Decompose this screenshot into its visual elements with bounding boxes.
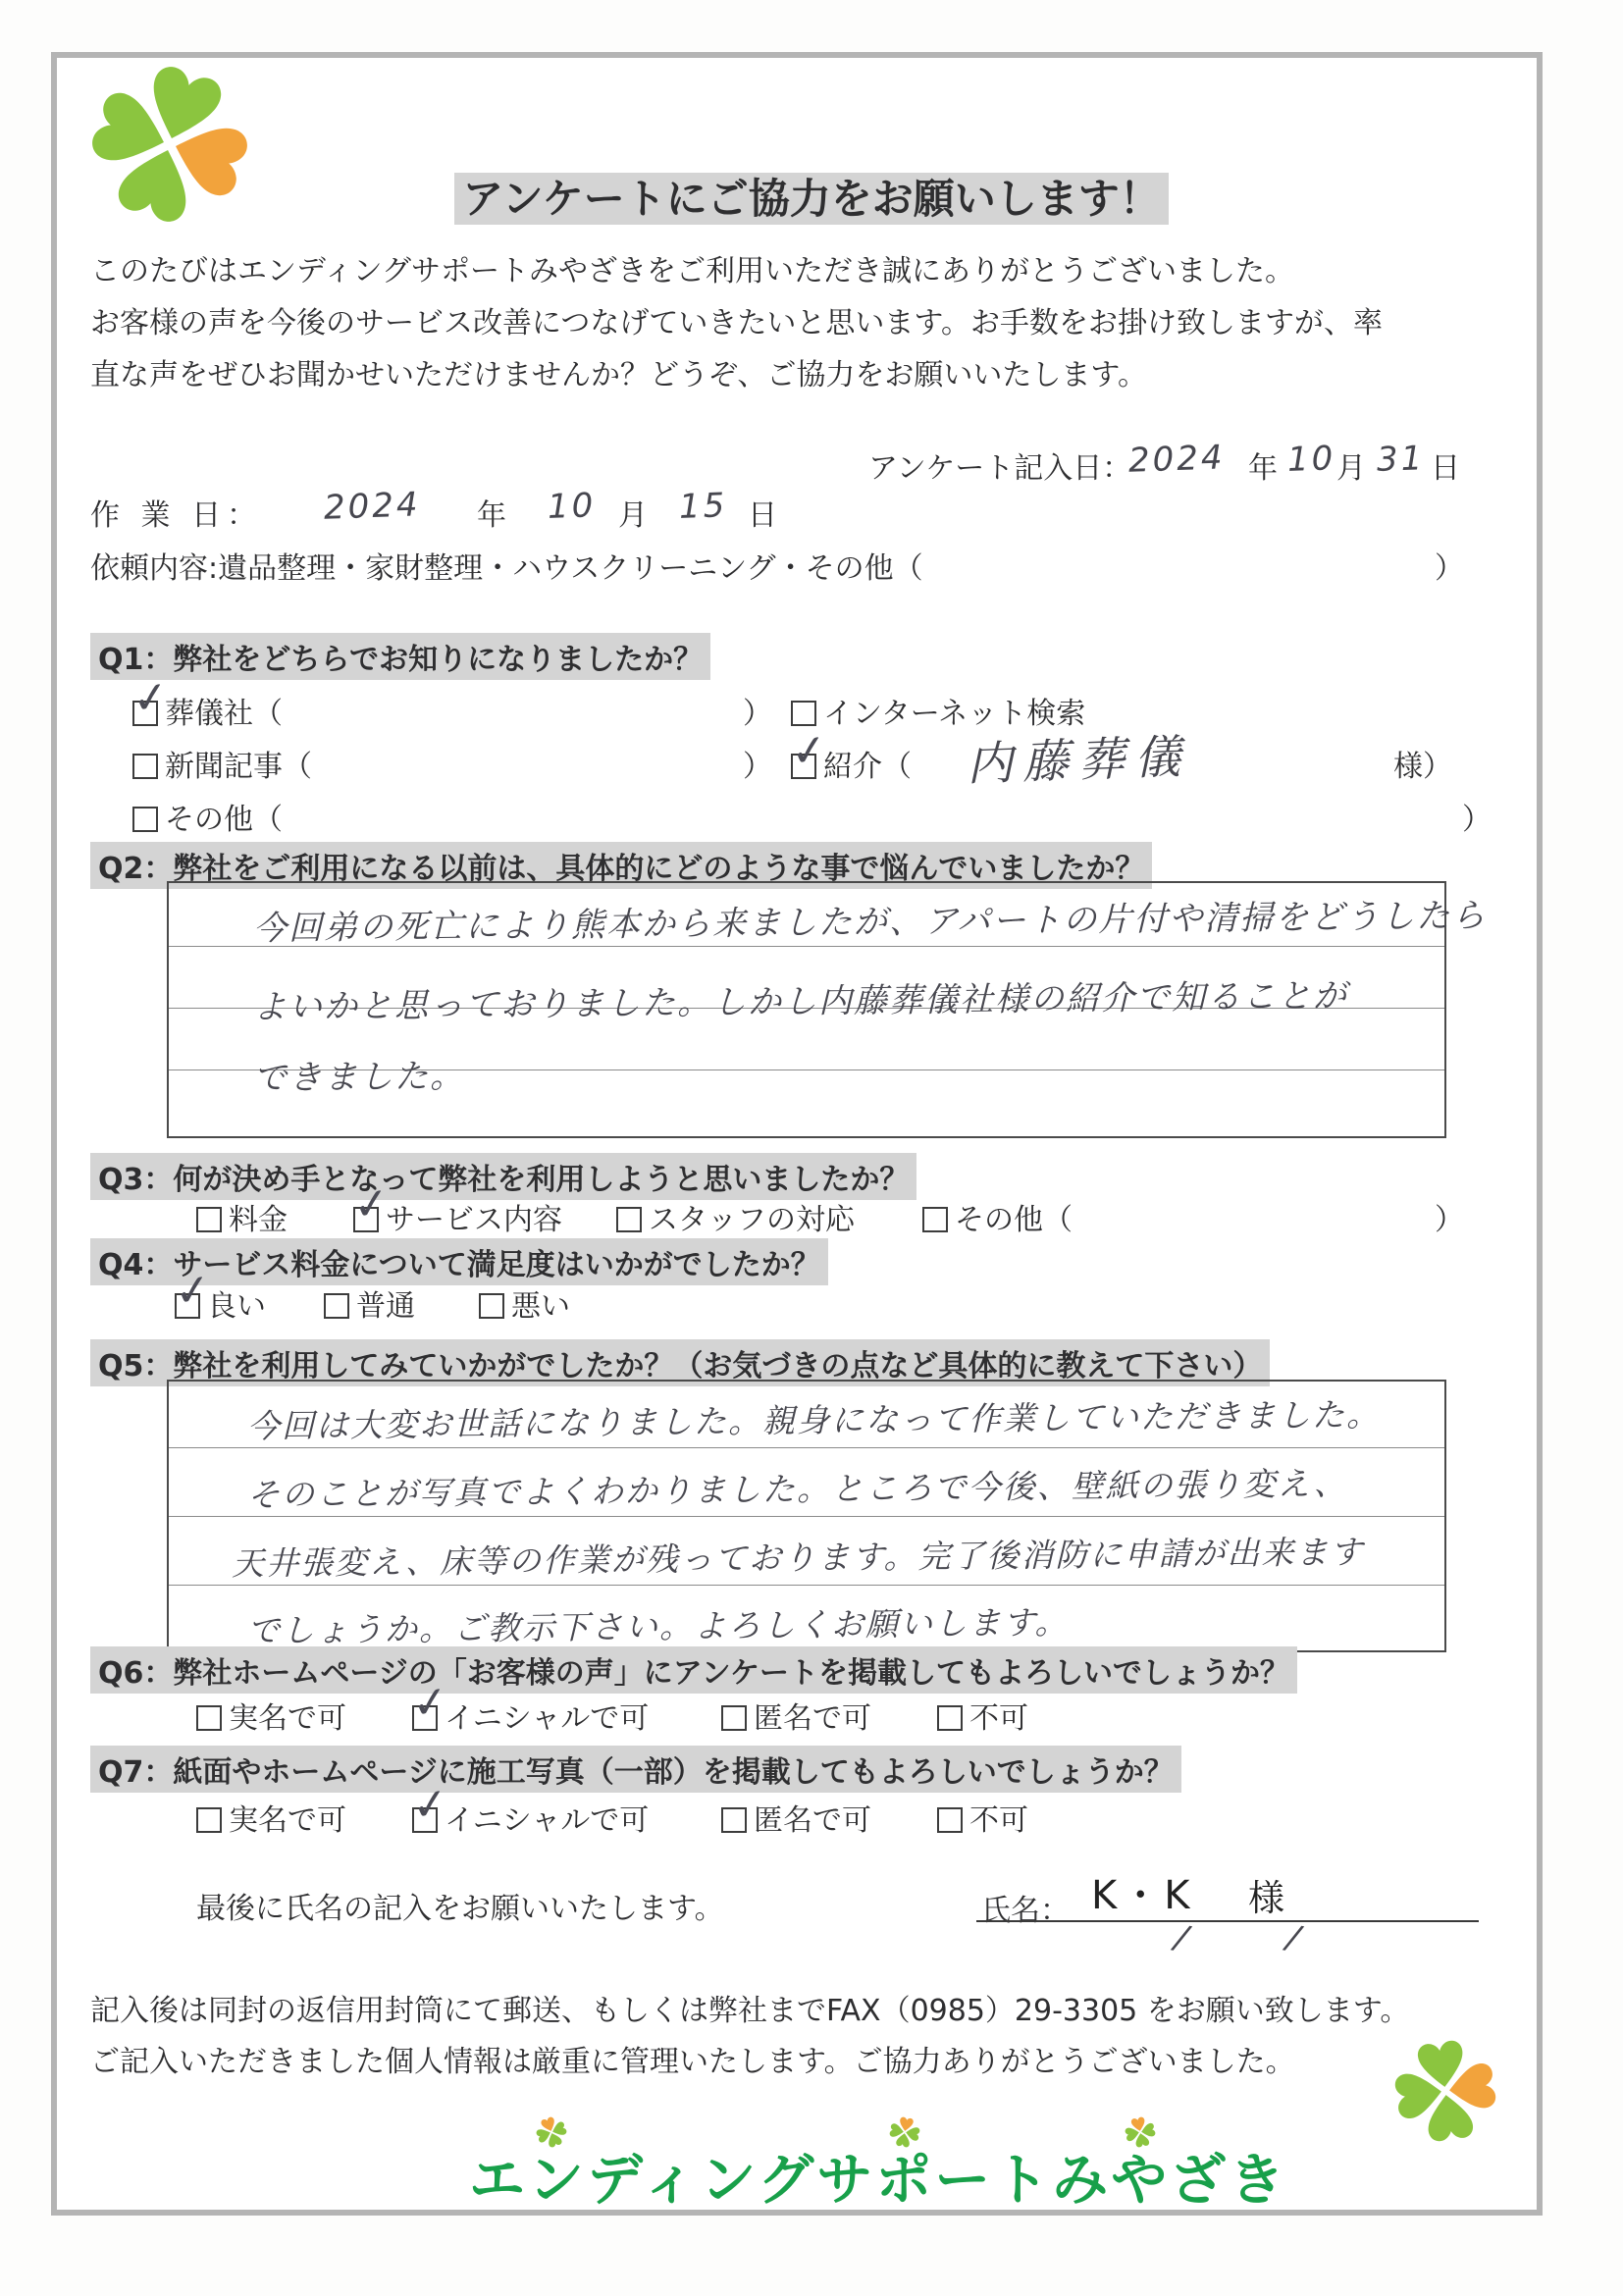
- checkbox-staff-response[interactable]: [616, 1207, 642, 1232]
- q7-option-realname: 実名で可: [196, 1796, 346, 1839]
- work-date-year-value[interactable]: 2024: [323, 485, 421, 527]
- logo-mini-clover-icon: [1121, 2113, 1160, 2152]
- q6-option-realname: 実名で可: [196, 1694, 346, 1737]
- q1-option-other: その他（: [132, 795, 283, 838]
- checkbox-q1-other[interactable]: [132, 807, 158, 832]
- check-icon: ✓: [789, 728, 829, 775]
- check-icon: ✓: [351, 1181, 392, 1228]
- q6-option-anonymous: 匿名で可: [721, 1694, 871, 1737]
- q1-option-funeral-home: ✓葬儀社（: [132, 689, 283, 732]
- q7-option-initial: ✓イニシャルで可: [412, 1796, 649, 1839]
- q6-option-notallowed: 不可: [937, 1694, 1028, 1737]
- q4-option-normal-label: 普通: [356, 1289, 415, 1324]
- intro-line-2: お客様の声を今後のサービス改善につなげていきたいと思います。お手数をお掛け致しま…: [90, 297, 1383, 349]
- name-prompt: 最後に氏名の記入をお願いいたします。: [196, 1884, 724, 1927]
- checkbox-good[interactable]: ✓: [175, 1293, 200, 1319]
- ruled-line: [169, 1516, 1444, 1517]
- q1-heading: Q1：弊社をどちらでお知りになりましたか？: [90, 633, 710, 680]
- checkbox-internet-search[interactable]: [791, 701, 816, 726]
- work-date-label: 作 業 日：: [90, 491, 262, 534]
- q1-newspaper-close-paren: ）: [743, 742, 772, 785]
- checkbox-bad[interactable]: [479, 1293, 504, 1319]
- checkbox-price[interactable]: [196, 1207, 222, 1232]
- q7-heading: Q7：紙面やホームページに施工写真（一部）を掲載してもよろしいでしょうか？: [90, 1746, 1181, 1793]
- q1-funeral-home-close-paren: ）: [743, 689, 772, 732]
- q3-option-service-label: サービス内容: [386, 1203, 562, 1237]
- q3-option-staff: スタッフの対応: [616, 1195, 855, 1238]
- survey-date-year-unit: 年: [1248, 444, 1278, 487]
- intro-line-3: 直な声をぜひお聞かせいただけませんか？どうぞ、ご協力をお願いいたします。: [90, 349, 1383, 401]
- work-date-month-unit: 月: [618, 491, 648, 534]
- ruled-line: [169, 1585, 1444, 1586]
- q1-option-other-label: その他（: [165, 803, 283, 837]
- q3-option-other-label: その他（: [955, 1203, 1073, 1237]
- survey-date-label: アンケート記入日：: [868, 444, 1131, 487]
- q3-other-close-paren: ）: [1435, 1195, 1464, 1238]
- request-content-label: 依頼内容:遺品整理・家財整理・ハウスクリーニング・その他（: [90, 544, 923, 587]
- survey-date-year-value[interactable]: 2024: [1127, 438, 1226, 480]
- q4-option-normal: 普通: [324, 1281, 415, 1325]
- checkbox-q6-anonymous[interactable]: [721, 1705, 747, 1731]
- q7-option-anonymous: 匿名で可: [721, 1796, 871, 1839]
- checkbox-service-content[interactable]: ✓: [353, 1207, 379, 1232]
- work-date-year-unit: 年: [477, 491, 506, 534]
- check-icon: ✓: [131, 675, 171, 722]
- q1-referral-suffix: 様）: [1393, 742, 1452, 785]
- q4-option-bad: 悪い: [479, 1281, 570, 1325]
- q7-option-notallowed: 不可: [937, 1796, 1028, 1839]
- ruled-line: [169, 1447, 1444, 1448]
- q3-option-price: 料金: [196, 1195, 288, 1238]
- q1-option-newspaper-label: 新聞記事（: [165, 750, 312, 784]
- survey-date-day-unit: 日: [1431, 444, 1460, 487]
- q6-option-initial-label: イニシャルで可: [445, 1701, 649, 1736]
- request-content-close-paren: ）: [1435, 544, 1464, 587]
- check-icon: ✓: [410, 1782, 450, 1829]
- checkbox-q3-other[interactable]: [922, 1207, 948, 1232]
- q7-option-realname-label: 実名で可: [229, 1803, 346, 1838]
- q6-option-realname-label: 実名で可: [229, 1701, 346, 1736]
- checkbox-q6-initial[interactable]: ✓: [412, 1705, 438, 1731]
- checkbox-funeral-home[interactable]: ✓: [132, 701, 158, 726]
- checkbox-q7-initial[interactable]: ✓: [412, 1807, 438, 1833]
- checkbox-referral[interactable]: ✓: [791, 754, 816, 779]
- survey-date-month-unit: 月: [1336, 444, 1366, 487]
- footer-line-1: 記入後は同封の返信用封筒にて郵送、もしくは弊社までFAX（0985）29-330…: [90, 1986, 1409, 2029]
- page-title: アンケートにご協力をお願いします！: [454, 173, 1168, 225]
- checkbox-q7-anonymous[interactable]: [721, 1807, 747, 1833]
- q7-option-anonymous-label: 匿名で可: [754, 1803, 871, 1838]
- q4-option-good-label: 良い: [207, 1289, 266, 1324]
- checkbox-newspaper[interactable]: [132, 754, 158, 779]
- q6-heading: Q6：弊社ホームページの「お客様の声」にアンケートを掲載してもよろしいでしょうか…: [90, 1646, 1297, 1694]
- company-logo-text: エンディングサポートみやざき: [469, 2135, 1287, 2216]
- intro-line-1: このたびはエンディングサポートみやざきをご利用いただき誠にありがとうございました…: [90, 245, 1383, 297]
- q6-option-initial: ✓イニシャルで可: [412, 1694, 649, 1737]
- q1-referral-handwritten-value[interactable]: 内藤葬儀: [966, 720, 1191, 794]
- q3-option-staff-label: スタッフの対応: [649, 1203, 855, 1237]
- q1-other-close-paren: ）: [1462, 795, 1492, 838]
- q1-option-referral: ✓紹介（: [791, 742, 912, 785]
- name-input-line[interactable]: [976, 1879, 1479, 1922]
- q6-option-notallowed-label: 不可: [969, 1701, 1028, 1736]
- q7-option-notallowed-label: 不可: [969, 1803, 1028, 1838]
- clover-logo-icon: [1383, 2028, 1509, 2155]
- q3-option-price-label: 料金: [229, 1203, 288, 1237]
- q3-option-other: その他（: [922, 1195, 1073, 1238]
- q6-option-anonymous-label: 匿名で可: [754, 1701, 871, 1736]
- q1-option-referral-label: 紹介（: [823, 750, 912, 784]
- checkbox-q7-notallowed[interactable]: [937, 1807, 963, 1833]
- checkbox-normal[interactable]: [324, 1293, 349, 1319]
- work-date-month-value[interactable]: 10: [547, 486, 597, 527]
- work-date-day-value[interactable]: 15: [678, 486, 728, 527]
- check-icon: ✓: [410, 1680, 450, 1727]
- q4-option-good: ✓良い: [175, 1281, 266, 1325]
- q4-option-bad-label: 悪い: [511, 1289, 570, 1324]
- q3-option-service: ✓サービス内容: [353, 1195, 562, 1238]
- q1-option-newspaper: 新聞記事（: [132, 742, 312, 785]
- work-date-day-unit: 日: [748, 491, 777, 534]
- q2-answer-line-3: できました。: [253, 1049, 466, 1099]
- q1-option-funeral-home-label: 葬儀社（: [165, 697, 283, 731]
- survey-date-day-value[interactable]: 31: [1376, 439, 1426, 480]
- q3-heading: Q3：何が決め手となって弊社を利用しようと思いましたか？: [90, 1153, 916, 1200]
- checkbox-q7-realname[interactable]: [196, 1807, 222, 1833]
- q5-answer-line-4: でしょうか。ご教示下さい。よろしくお願いします。: [247, 1597, 1070, 1652]
- checkbox-q6-realname[interactable]: [196, 1705, 222, 1731]
- check-icon: ✓: [173, 1268, 213, 1315]
- q7-option-initial-label: イニシャルで可: [445, 1803, 649, 1838]
- footer-line-2: ご記入いただきました個人情報は厳重に管理いたします。ご協力ありがとうございました…: [90, 2037, 1295, 2080]
- logo-mini-clover-icon: [885, 2113, 923, 2151]
- survey-date-month-value[interactable]: 10: [1286, 439, 1336, 480]
- survey-form-page: アンケートにご協力をお願いします！ このたびはエンディングサポートみやざきをご利…: [0, 0, 1623, 2296]
- checkbox-q6-notallowed[interactable]: [937, 1705, 963, 1731]
